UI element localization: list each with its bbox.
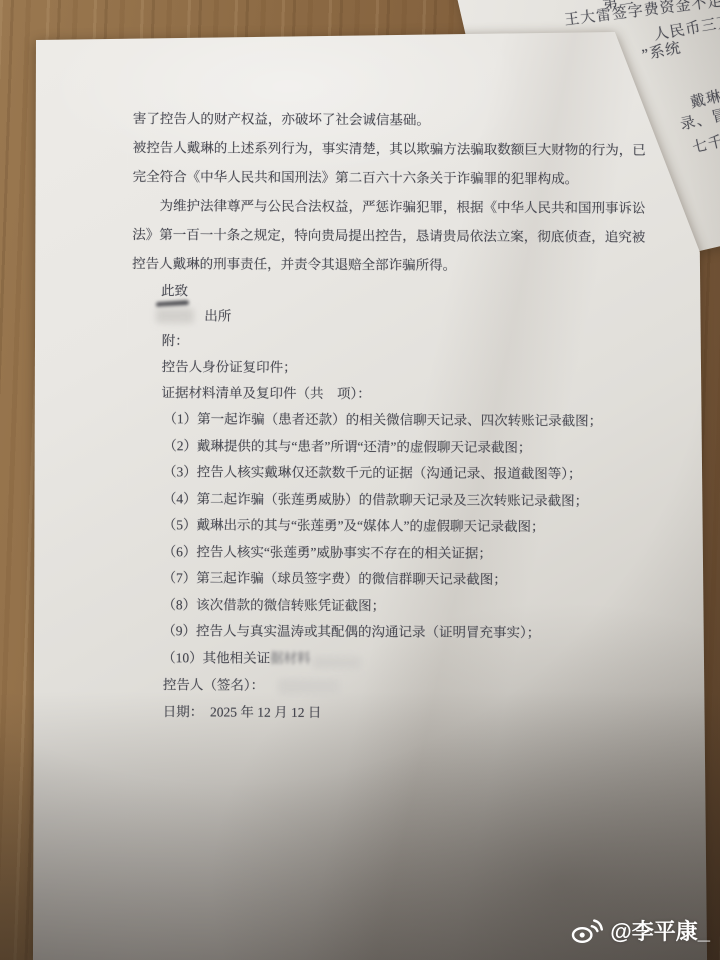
evidence-item: （7）第三起诈骗（球员签字费）的微信群聊天记录截图；: [130, 565, 660, 594]
attachment-header-line: 证据材料清单及复印件（共 项）：: [131, 380, 661, 409]
evidence-item-text: （7）第三起诈骗（球员签字费）的微信群聊天记录截图；: [162, 570, 506, 587]
evidence-item-text: （2）戴琳提供的其与“患者”所谓“还清”的虚假聊天记录截图；: [163, 438, 531, 455]
intro-line: 被控告人戴琳的上述系列行为，事实清楚，其以欺骗方法骗取数额巨大财物的行为，已: [133, 133, 663, 165]
intro-line: 完全符合《中华人民共和国刑法》第二百六十六条关于诈骗罪的犯罪构成。: [133, 162, 663, 194]
intro-line: 法》第一百一十条之规定，特向贵局提出控告，恳请贵局依法立案，彻底侦查，追究被: [132, 220, 662, 252]
evidence-item: （1）第一起诈骗（患者还款）的相关微信聊天记录、四次转账记录截图；: [131, 406, 661, 435]
evidence-item-text: （10）其他相关证: [162, 650, 270, 666]
evidence-item-blurred-text: 据材料: [270, 650, 311, 665]
evidence-item: （10）其他相关证据材料: [130, 644, 660, 673]
addressee-redaction-smudge: [156, 300, 189, 307]
weibo-logo-icon: [571, 918, 603, 944]
complaint-letter-paper-shadow: 害了控告人的财产权益，亦破坏了社会诚信基础。被控告人戴琳的上述系列行为，事实清楚…: [0, 0, 720, 960]
evidence-item-text: （5）戴琳出示的其与“张莲勇”及“媒体人”的虚假聊天记录截图；: [163, 517, 545, 534]
evidence-item-text: （1）第一起诈骗（患者还款）的相关微信聊天记录、四次转账记录截图；: [163, 411, 602, 428]
watermark-handle: @李平康_: [610, 915, 710, 946]
attachment-label: 附：: [132, 328, 662, 357]
intro-line: 为维护法律尊严与公民合法权益，严惩诈骗犯罪，根据《中华人民共和国刑事诉讼: [132, 191, 662, 223]
evidence-item-text: （4）第二起诈骗（张莲勇威胁）的借款聊天记录及三次转账记录截图；: [163, 491, 588, 508]
addressee-suffix: 出所: [204, 308, 231, 323]
evidence-item: （5）戴琳出示的其与“张莲勇”及“媒体人”的虚假聊天记录截图；: [131, 512, 661, 541]
attachment-header-line: 控告人身份证复印件；: [132, 354, 662, 383]
evidence-item-text: （9）控告人与真实温涛或其配偶的沟通记录（证明冒充事实）；: [162, 623, 540, 640]
weibo-watermark: @李平康_: [571, 915, 710, 946]
complaint-letter-text: 害了控告人的财产权益，亦破坏了社会诚信基础。被控告人戴琳的上述系列行为，事实清楚…: [130, 104, 663, 728]
evidence-item: （6）控告人核实“张莲勇”威胁事实不存在的相关证据；: [131, 538, 661, 567]
evidence-item: （8）该次借款的微信转账凭证截图；: [130, 591, 660, 620]
date-line: 日期： 2025 年 12 月 12 日: [130, 698, 660, 728]
addressee-redaction-blur: [156, 308, 194, 323]
evidence-item: （9）控告人与真实温涛或其配偶的沟通记录（证明冒充事实）；: [130, 618, 660, 647]
complaint-letter-paper: 害了控告人的财产权益，亦破坏了社会诚信基础。被控告人戴琳的上述系列行为，事实清楚…: [0, 0, 720, 960]
evidence-redaction-blur: [313, 655, 361, 668]
evidence-item-text: （6）控告人核实“张莲勇”威胁事实不存在的相关证据；: [163, 544, 492, 561]
signature-label: 控告人（签名）：: [163, 677, 264, 693]
evidence-item-text: （3）控告人核实戴琳仅还款数千元的证据（沟通记录、报道截图等）；: [163, 464, 582, 481]
signature-redaction-blur: [278, 679, 340, 695]
attachment-header-lines: 控告人身份证复印件；证据材料清单及复印件（共 项）：: [131, 354, 661, 409]
intro-paragraphs: 害了控告人的财产权益，亦破坏了社会诚信基础。被控告人戴琳的上述系列行为，事实清楚…: [132, 104, 663, 281]
evidence-item: （2）戴琳提供的其与“患者”所谓“还清”的虚假聊天记录截图；: [131, 432, 661, 461]
salutation: 此致: [132, 278, 662, 306]
intro-line: 害了控告人的财产权益，亦破坏了社会诚信基础。: [133, 104, 663, 136]
evidence-item-text: （8）该次借款的微信转账凭证截图；: [162, 597, 385, 613]
signature-line: 控告人（签名）：: [130, 671, 660, 701]
evidence-items: （1）第一起诈骗（患者还款）的相关微信聊天记录、四次转账记录截图；（2）戴琳提供…: [130, 406, 661, 674]
evidence-item: （4）第二起诈骗（张莲勇威胁）的借款聊天记录及三次转账记录截图；: [131, 485, 661, 514]
intro-line: 控告人戴琳的刑事责任，并责令其退赔全部诈骗所得。: [132, 249, 662, 281]
evidence-item: （3）控告人核实戴琳仅还款数千元的证据（沟通记录、报道截图等）；: [131, 459, 661, 488]
addressee-line: 出所: [132, 303, 662, 331]
